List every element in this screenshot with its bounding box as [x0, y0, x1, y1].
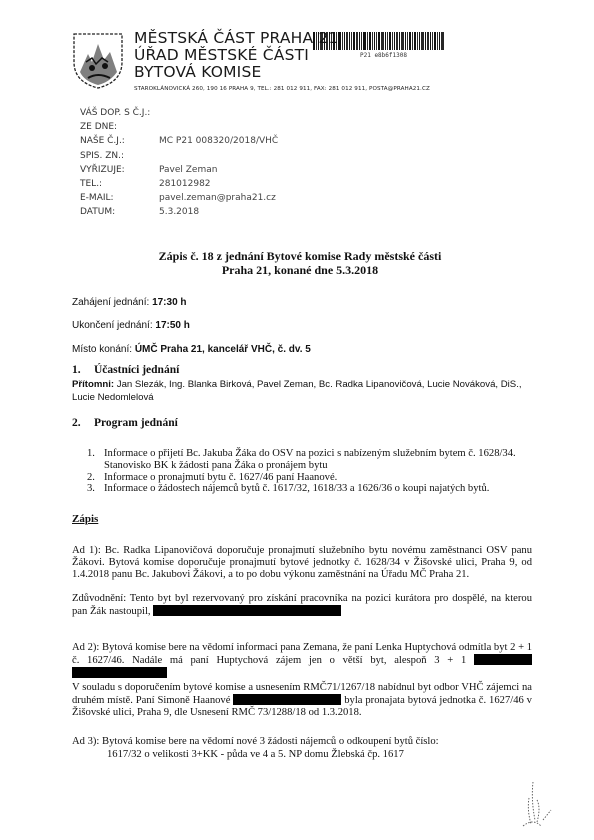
meeting-place-label: Místo konání:	[72, 344, 135, 355]
org-line-3: BYTOVÁ KOMISE	[134, 64, 339, 81]
barcode	[313, 32, 465, 50]
meeting-end-value: 17:50 h	[155, 320, 189, 331]
reference-value: 5.3.2018	[159, 207, 199, 217]
minutes-heading: Zápis	[72, 513, 98, 525]
reference-label: VYŘIZUJE:	[80, 165, 159, 175]
reference-row: ZE DNE:	[80, 120, 278, 134]
barcode-bar	[344, 32, 345, 50]
barcode-bar	[338, 32, 341, 50]
reference-row: VÁŠ DOP. S Č.J.:	[80, 106, 278, 120]
barcode-bar	[359, 32, 360, 50]
barcode-bar	[316, 32, 317, 50]
reference-value: 281012982	[159, 179, 211, 189]
reference-row: E-MAIL:pavel.zeman@praha21.cz	[80, 191, 278, 205]
ad2-lease-paragraph: V souladu s doporučením bytové komise a …	[72, 682, 532, 720]
barcode-bar	[333, 32, 335, 50]
document-page: MĚSTSKÁ ČÁST PRAHA 21 ÚŘAD MĚSTSKÉ ČÁSTI…	[0, 0, 594, 840]
agenda-item-number: 2.	[87, 472, 104, 484]
barcode-bar	[394, 32, 395, 50]
barcode-text: P21 e8b6f1308	[360, 52, 407, 59]
barcode-bar	[441, 32, 444, 50]
barcode-bar	[336, 32, 337, 50]
agenda-item-number: 3.	[87, 483, 104, 495]
barcode-bar	[405, 32, 406, 50]
barcode-bar	[318, 32, 319, 50]
barcode-bar	[430, 32, 431, 50]
attendees-names-2: Lucie Nedomlelová	[72, 392, 154, 403]
barcode-bar	[389, 32, 391, 50]
ad2-paragraph: Ad 2): Bytová komise bere na vědomí info…	[72, 642, 532, 681]
barcode-bar	[329, 32, 330, 50]
ad3-item-1: 1617/32 o velikosti 3+KK - půda ve 4 a 5…	[107, 749, 567, 761]
barcode-bar	[351, 32, 352, 50]
reference-label: NAŠE Č.J.:	[80, 136, 159, 146]
barcode-bar	[356, 32, 358, 50]
barcode-bar	[412, 32, 413, 50]
barcode-bar	[342, 32, 343, 50]
redacted-block	[233, 694, 341, 705]
barcode-bar	[427, 32, 429, 50]
agenda-item: 1.Informace o přijetí Bc. Jakuba Žáka do…	[87, 448, 544, 472]
organization-name: MĚSTSKÁ ČÁST PRAHA 21 ÚŘAD MĚSTSKÉ ČÁSTI…	[134, 30, 339, 81]
handwritten-signature-icon	[515, 780, 555, 830]
barcode-bar	[409, 32, 411, 50]
barcode-bar	[367, 32, 368, 50]
meeting-start-label: Zahájení jednání:	[72, 297, 152, 308]
barcode-bar	[372, 32, 373, 50]
redacted-block	[72, 667, 167, 678]
barcode-bar	[414, 32, 416, 50]
barcode-bar	[363, 32, 366, 50]
meeting-start: Zahájení jednání: 17:30 h	[72, 297, 187, 308]
barcode-bar	[407, 32, 408, 50]
coat-of-arms-icon	[72, 32, 124, 90]
barcode-bar	[353, 32, 355, 50]
redacted-block	[153, 605, 341, 616]
barcode-bar	[324, 32, 325, 50]
title-line-1: Zápis č. 18 z jednání Bytové komise Rady…	[60, 249, 540, 263]
redacted-block	[474, 654, 532, 665]
barcode-bar	[439, 32, 440, 50]
attendees-line-1: Přítomni: Jan Slezák, Ing. Blanka Birkov…	[72, 379, 522, 390]
meeting-place: Místo konání: ÚMČ Praha 21, kancelář VHČ…	[72, 344, 311, 355]
agenda-item: 2.Informace o pronajmutí bytu č. 1627/46…	[87, 472, 544, 484]
org-address: STAROKLÁNOVICKÁ 260, 190 16 PRAHA 9, TEL…	[134, 86, 430, 92]
ad1-paragraph: Ad 1): Bc. Radka Lipanovičová doporučuje…	[72, 545, 532, 582]
reference-row: SPIS. ZN.:	[80, 149, 278, 163]
barcode-bar	[349, 32, 350, 50]
section-2-heading: 2.Program jednání	[72, 417, 178, 429]
meeting-end-label: Ukončení jednání:	[72, 320, 155, 331]
reference-label: VÁŠ DOP. S Č.J.:	[80, 108, 159, 118]
reference-value: Pavel Zeman	[159, 165, 217, 175]
barcode-bar	[421, 32, 424, 50]
meeting-place-value: ÚMČ Praha 21, kancelář VHČ, č. dv. 5	[135, 344, 311, 355]
barcode-bar	[434, 32, 436, 50]
barcode-bar	[378, 32, 380, 50]
barcode-bar	[381, 32, 384, 50]
barcode-bar	[374, 32, 375, 50]
barcode-bar	[401, 32, 404, 50]
agenda-item-text: Informace o žádostech nájemců bytů č. 16…	[104, 483, 544, 495]
barcode-bar	[346, 32, 348, 50]
agenda-item-number: 1.	[87, 448, 104, 472]
reference-label: DATUM:	[80, 207, 159, 217]
barcode-bar	[320, 32, 323, 50]
barcode-bar	[392, 32, 393, 50]
ad2-text: Ad 2): Bytová komise bere na vědomí info…	[72, 642, 532, 666]
agenda-list: 1.Informace o přijetí Bc. Jakuba Žáka do…	[87, 448, 544, 495]
ad3-paragraph: Ad 3): Bytová komise bere na vědomí nové…	[72, 736, 532, 748]
reference-label: ZE DNE:	[80, 122, 159, 132]
barcode-bar	[385, 32, 386, 50]
reference-row: NAŠE Č.J.:MC P21 008320/2018/VHČ	[80, 134, 278, 148]
barcode-bar	[369, 32, 371, 50]
attendees-label: Přítomni:	[72, 379, 117, 390]
barcode-bar	[396, 32, 398, 50]
attendees-line-2: Lucie Nedomlelová	[72, 392, 154, 403]
reference-label: E-MAIL:	[80, 193, 159, 203]
document-title: Zápis č. 18 z jednání Bytové komise Rady…	[60, 249, 540, 277]
agenda-item-text: Informace o pronajmutí bytu č. 1627/46 p…	[104, 472, 544, 484]
section-1-heading: 1.Účastníci jednání	[72, 364, 179, 376]
reference-row: TEL.:281012982	[80, 177, 278, 191]
section-2-number: 2.	[72, 417, 94, 429]
section-1-number: 1.	[72, 364, 94, 376]
reference-value: MC P21 008320/2018/VHČ	[159, 136, 278, 146]
attendees-names-1: Jan Slezák, Ing. Blanka Birková, Pavel Z…	[117, 379, 522, 390]
reference-block: VÁŠ DOP. S Č.J.:ZE DNE:NAŠE Č.J.:MC P21 …	[80, 106, 278, 220]
reference-row: DATUM:5.3.2018	[80, 205, 278, 219]
reference-label: TEL.:	[80, 179, 159, 189]
barcode-bar	[387, 32, 388, 50]
agenda-item-text: Informace o přijetí Bc. Jakuba Žáka do O…	[104, 448, 544, 472]
reference-row: VYŘIZUJE:Pavel Zeman	[80, 163, 278, 177]
barcode-bar	[425, 32, 426, 50]
reference-value: pavel.zeman@praha21.cz	[159, 193, 276, 203]
section-1-title: Účastníci jednání	[94, 364, 179, 376]
agenda-item: 3.Informace o žádostech nájemců bytů č. …	[87, 483, 544, 495]
barcode-bar	[419, 32, 420, 50]
reference-label: SPIS. ZN.:	[80, 151, 159, 161]
barcode-bar	[361, 32, 362, 50]
barcode-bar	[437, 32, 438, 50]
meeting-start-value: 17:30 h	[152, 297, 186, 308]
org-line-1: MĚSTSKÁ ČÁST PRAHA 21	[134, 30, 339, 47]
barcode-bar	[417, 32, 418, 50]
barcode-bar	[399, 32, 400, 50]
ad1-justification: Zdůvodnění: Tento byt byl rezervovaný pr…	[72, 593, 532, 618]
barcode-bar	[313, 32, 315, 50]
barcode-bar	[331, 32, 332, 50]
barcode-bar	[376, 32, 377, 50]
title-line-2: Praha 21, konané dne 5.3.2018	[60, 263, 540, 277]
section-2-title: Program jednání	[94, 417, 178, 429]
barcode-bar	[432, 32, 433, 50]
meeting-end: Ukončení jednání: 17:50 h	[72, 320, 190, 331]
barcode-bar	[326, 32, 328, 50]
org-line-2: ÚŘAD MĚSTSKÉ ČÁSTI	[134, 47, 339, 64]
